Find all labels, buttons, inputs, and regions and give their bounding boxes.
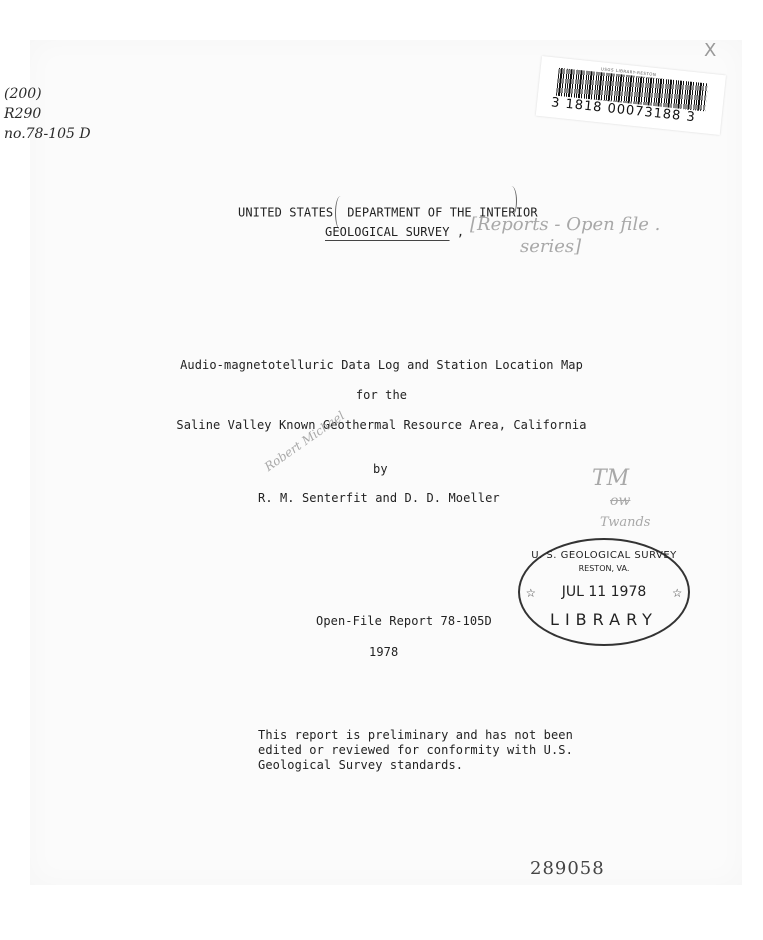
call-number-line: R290 [4, 104, 91, 124]
handwritten-tm-note: TM ow Twands [592, 468, 650, 534]
survey-line: GEOLOGICAL SURVEY , [325, 225, 464, 239]
title-line-3: Saline Valley Known Geothermal Resource … [0, 418, 763, 432]
authors: R. M. Senterfit and D. D. Moeller [258, 491, 500, 505]
call-number-line: no.78-105 D [4, 124, 91, 144]
handwritten-note-line: TM [592, 466, 629, 491]
library-stamp: U. S. GEOLOGICAL SURVEY RESTON, VA. ☆ JU… [518, 538, 690, 646]
title-line-2: for the [0, 388, 763, 402]
handwritten-note-line: Twands [592, 512, 650, 534]
disclaimer: This report is preliminary and has not b… [258, 728, 573, 773]
handwritten-series-note: [Reports - Open file . series] [470, 214, 660, 258]
agency-name: UNITED STATES [238, 206, 333, 220]
title-line-1: Audio-magnetotelluric Data Log and Stati… [0, 358, 763, 372]
stamp-agency: U. S. GEOLOGICAL SURVEY [520, 550, 688, 561]
report-year: 1978 [369, 645, 398, 659]
handwritten-note-line: ow [592, 490, 650, 512]
stamp-location: RESTON, VA. [520, 564, 688, 573]
call-number-line: (200) [4, 84, 91, 104]
handwritten-note-line: [Reports - Open file . [470, 214, 660, 236]
call-number: (200) R290 no.78-105 D [4, 84, 91, 144]
accession-number: 289058 [530, 858, 605, 879]
by-label: by [373, 462, 388, 476]
stamp-date: JUL 11 1978 [520, 584, 688, 600]
handwritten-note-line: series] [470, 236, 660, 258]
survey-suffix: , [457, 225, 464, 239]
handwritten-bracket-icon [506, 186, 517, 216]
stamp-library: LIBRARY [520, 610, 688, 629]
survey-name: GEOLOGICAL SURVEY [325, 225, 450, 239]
x-mark-icon: X [704, 40, 716, 61]
star-icon: ☆ [672, 582, 682, 601]
report-number: Open-File Report 78-105D [316, 614, 492, 628]
